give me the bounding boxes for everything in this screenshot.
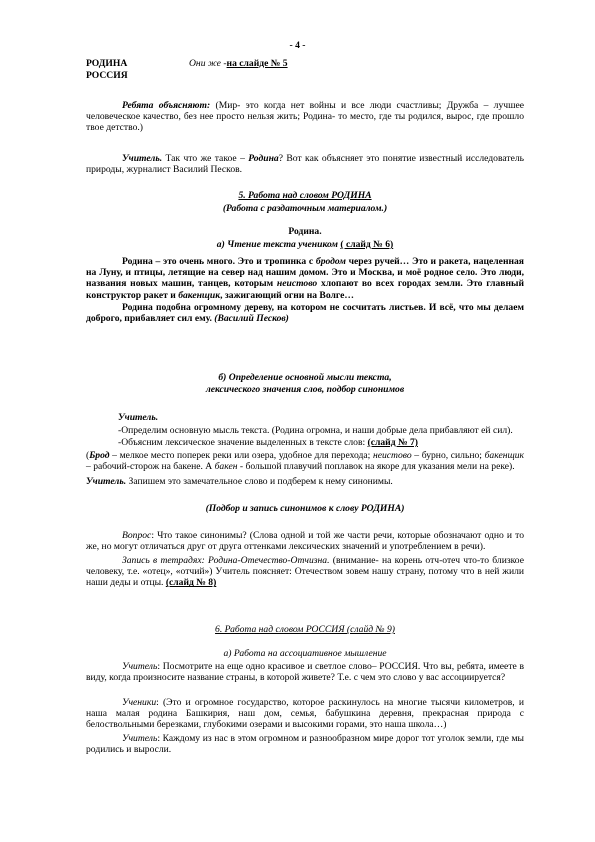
teacher-note: Учитель. Запишем это замечательное слово… — [86, 476, 393, 487]
slide-link-7[interactable]: (слайд № 7) — [368, 437, 418, 448]
highlight-word: неистово — [277, 278, 317, 289]
teacher-conclusion-paragraph: Учитель: Каждому из нас в этом огромном … — [86, 733, 524, 755]
section-b-title-2: лексического значения слов, подбор синон… — [86, 384, 524, 395]
speaker-label: Вопрос — [122, 530, 151, 541]
rodina-text-paragraph-1: Родина – это очень много. Это и тропинка… — [86, 256, 524, 301]
task-main-idea: -Определим основную мысль текста. (Родин… — [118, 425, 528, 436]
section-5-title: 5. Работа над словом РОДИНА — [86, 190, 524, 201]
header-word-rossiya: РОССИЯ — [86, 70, 128, 81]
notebook-paragraph: Запись в тетрадях: Родина-Отечество-Отчи… — [86, 555, 524, 589]
section-6-title: 6. Работа над словом РОССИЯ (слайд № 9) — [86, 624, 524, 635]
slide-link-5[interactable]: на слайде № 5 — [227, 58, 288, 69]
teacher-label: Учитель. — [118, 412, 158, 423]
question-paragraph: Вопрос: Что такое синонимы? (Слова одной… — [86, 530, 524, 552]
header-note-text: Они же - — [189, 58, 227, 69]
speaker-label: Учитель — [122, 733, 157, 744]
synonyms-heading: (Подбор и запись синонимов к слову РОДИН… — [86, 503, 524, 514]
author: (Василий Песков) — [214, 313, 289, 324]
rodina-text-paragraph-2: Родина подобна огромному дереву, на кото… — [86, 302, 524, 324]
reading-heading: а) Чтение текста учеником ( слайд № 6) — [86, 239, 524, 250]
speaker-label: Ребята объясняют: — [122, 100, 210, 111]
highlight-word: бакенщик — [178, 290, 220, 301]
document-page: - 4 - РОДИНА РОССИЯ Они же -на слайде № … — [0, 0, 595, 842]
children-explain-paragraph: Ребята объясняют: (Мир- это когда нет во… — [86, 100, 524, 134]
highlight-word: бродом — [316, 256, 346, 267]
section-5-subtitle: (Работа с раздаточным материалом.) — [86, 203, 524, 214]
slide-link-8[interactable]: (слайд № 8) — [166, 577, 216, 588]
speaker-label: Учитель — [122, 661, 157, 672]
task-lexical-meaning: -Объясним лексическое значение выделенны… — [118, 437, 418, 448]
speaker-label: Учитель. — [122, 153, 162, 164]
header-word-rodina: РОДИНА — [86, 58, 127, 69]
speaker-label: Ученики — [122, 697, 156, 708]
glossary-paragraph: (Брод – мелкое место поперек реки или оз… — [86, 450, 524, 472]
teacher-question-paragraph: Учитель: Посмотрите на еще одно красивое… — [86, 661, 524, 683]
section-6-subtitle: а) Работа на ассоциативное мышление — [86, 648, 524, 659]
teacher-intro-paragraph: Учитель. Так что же такое – Родина? Вот … — [86, 153, 524, 175]
slide-link-6[interactable]: ( слайд № 6) — [340, 239, 393, 250]
section-b-title-1: б) Определение основной мысли текста, — [86, 372, 524, 383]
header-slide-note: Они же -на слайде № 5 — [189, 58, 288, 69]
page-number: - 4 - — [0, 40, 595, 51]
students-answer-paragraph: Ученики: (Это и огромное государство, ко… — [86, 697, 524, 731]
text-title: Родина. — [86, 226, 524, 237]
